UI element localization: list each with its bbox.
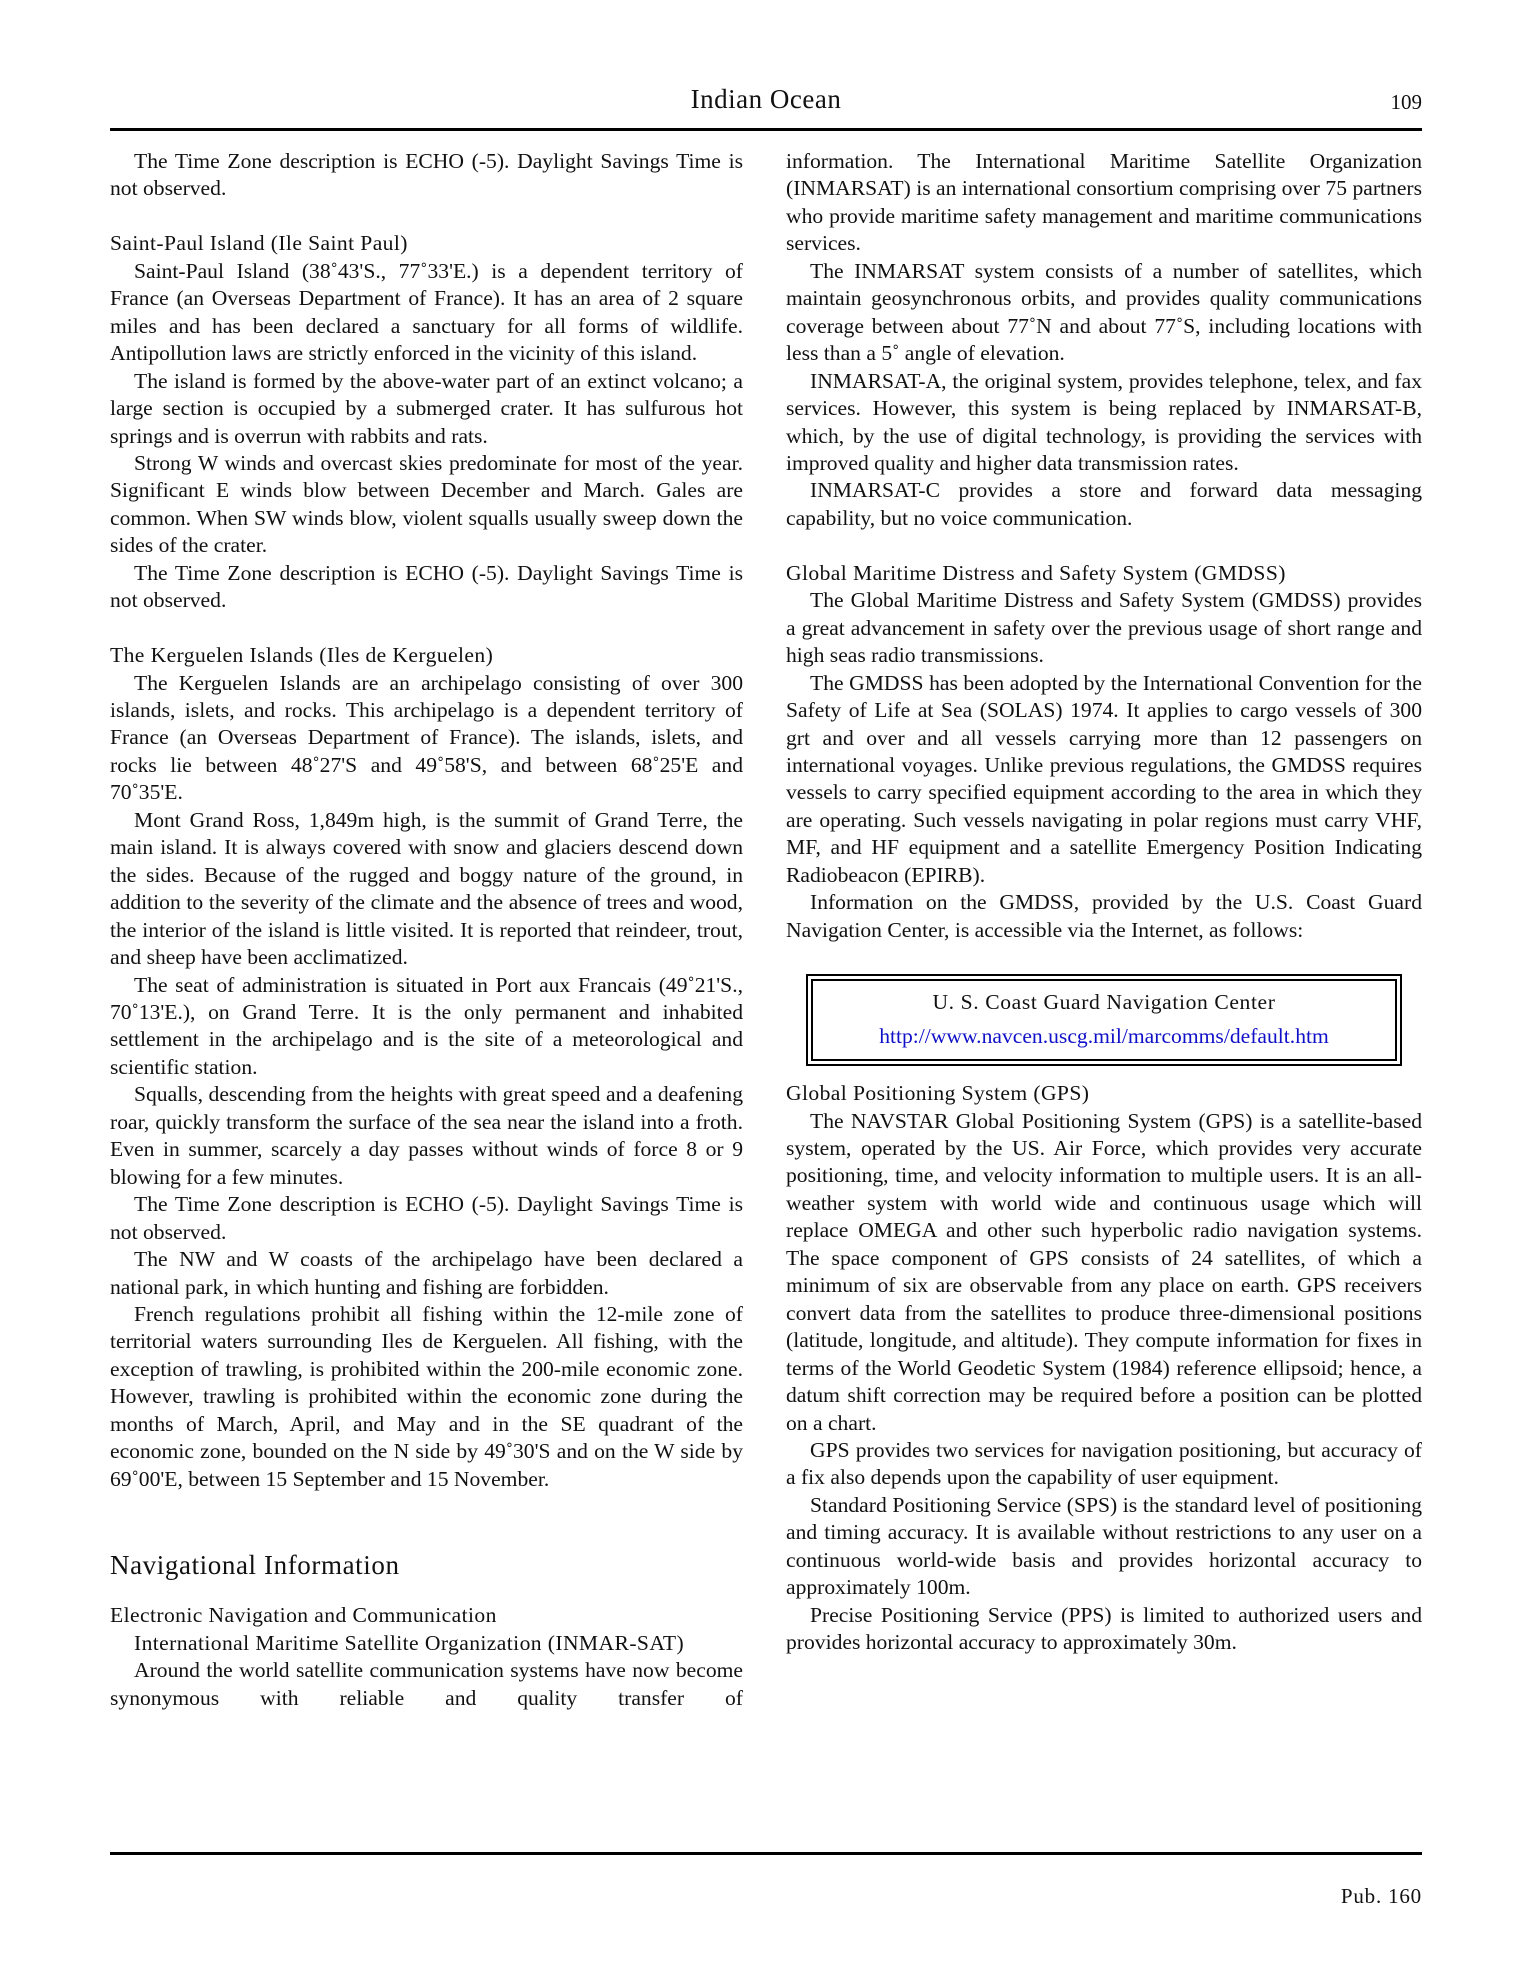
paragraph: Mont Grand Ross, 1,849m high, is the sum… bbox=[110, 807, 743, 972]
spacer bbox=[786, 1066, 1422, 1080]
running-header-title: Indian Ocean bbox=[110, 84, 1422, 115]
paragraph: The island is formed by the above-water … bbox=[110, 368, 743, 450]
navcen-url-link[interactable]: http://www.navcen.uscg.mil/marcomms/defa… bbox=[879, 1019, 1329, 1053]
paragraph: GPS provides two services for navigation… bbox=[786, 1437, 1422, 1492]
paragraph: information. The International Maritime … bbox=[786, 148, 1422, 258]
section-heading-gmdss: Global Maritime Distress and Safety Syst… bbox=[786, 560, 1422, 587]
spacer bbox=[110, 203, 743, 230]
navcen-link-box-inner: U. S. Coast Guard Navigation Center http… bbox=[811, 979, 1397, 1061]
paragraph: The Time Zone description is ECHO (-5). … bbox=[110, 560, 743, 615]
paragraph: The Time Zone description is ECHO (-5). … bbox=[110, 148, 743, 203]
paragraph: Saint-Paul Island (38˚43'S., 77˚33'E.) i… bbox=[110, 258, 743, 368]
header-rule bbox=[110, 128, 1422, 131]
publication-footer: Pub. 160 bbox=[1341, 1884, 1422, 1909]
paragraph: The GMDSS has been adopted by the Intern… bbox=[786, 670, 1422, 890]
paragraph: INMARSAT-C provides a store and forward … bbox=[786, 477, 1422, 532]
paragraph: The Kerguelen Islands are an archipelago… bbox=[110, 670, 743, 807]
paragraph: Precise Positioning Service (PPS) is lim… bbox=[786, 1602, 1422, 1657]
paragraph: INMARSAT-A, the original system, provide… bbox=[786, 368, 1422, 478]
paragraph: Squalls, descending from the heights wit… bbox=[110, 1081, 743, 1191]
page-header: Indian Ocean 109 bbox=[110, 84, 1422, 120]
spacer bbox=[110, 615, 743, 642]
footer-rule bbox=[110, 1852, 1422, 1855]
paragraph: The Global Maritime Distress and Safety … bbox=[786, 587, 1422, 669]
paragraph: The NW and W coasts of the archipelago h… bbox=[110, 1246, 743, 1301]
paragraph: Standard Positioning Service (SPS) is th… bbox=[786, 1492, 1422, 1602]
paragraph: The NAVSTAR Global Positioning System (G… bbox=[786, 1108, 1422, 1437]
section-title-navigational-information: Navigational Information bbox=[110, 1548, 743, 1582]
section-heading-kerguelen: The Kerguelen Islands (Iles de Kerguelen… bbox=[110, 642, 743, 669]
right-column: information. The International Maritime … bbox=[786, 148, 1422, 1657]
spacer bbox=[110, 1582, 743, 1602]
paragraph: French regulations prohibit all fishing … bbox=[110, 1301, 743, 1493]
navcen-title: U. S. Coast Guard Navigation Center bbox=[813, 985, 1395, 1019]
paragraph: Around the world satellite communication… bbox=[110, 1657, 743, 1712]
paragraph: The Time Zone description is ECHO (-5). … bbox=[110, 1191, 743, 1246]
paragraph: Strong W winds and overcast skies predom… bbox=[110, 450, 743, 560]
paragraph: The INMARSAT system consists of a number… bbox=[786, 258, 1422, 368]
navcen-link-box: U. S. Coast Guard Navigation Center http… bbox=[806, 974, 1402, 1066]
section-heading-gps: Global Positioning System (GPS) bbox=[786, 1080, 1422, 1107]
page-number: 109 bbox=[1391, 90, 1423, 115]
paragraph: The seat of administration is situated i… bbox=[110, 972, 743, 1082]
paragraph: Information on the GMDSS, provided by th… bbox=[786, 889, 1422, 944]
spacer bbox=[110, 1493, 743, 1548]
section-heading-saint-paul: Saint-Paul Island (Ile Saint Paul) bbox=[110, 230, 743, 257]
subsection-heading-electronic-navigation: Electronic Navigation and Communication bbox=[110, 1602, 743, 1629]
spacer bbox=[786, 532, 1422, 559]
subsection-heading-inmarsat: International Maritime Satellite Organiz… bbox=[110, 1630, 743, 1657]
left-column: The Time Zone description is ECHO (-5). … bbox=[110, 148, 743, 1712]
